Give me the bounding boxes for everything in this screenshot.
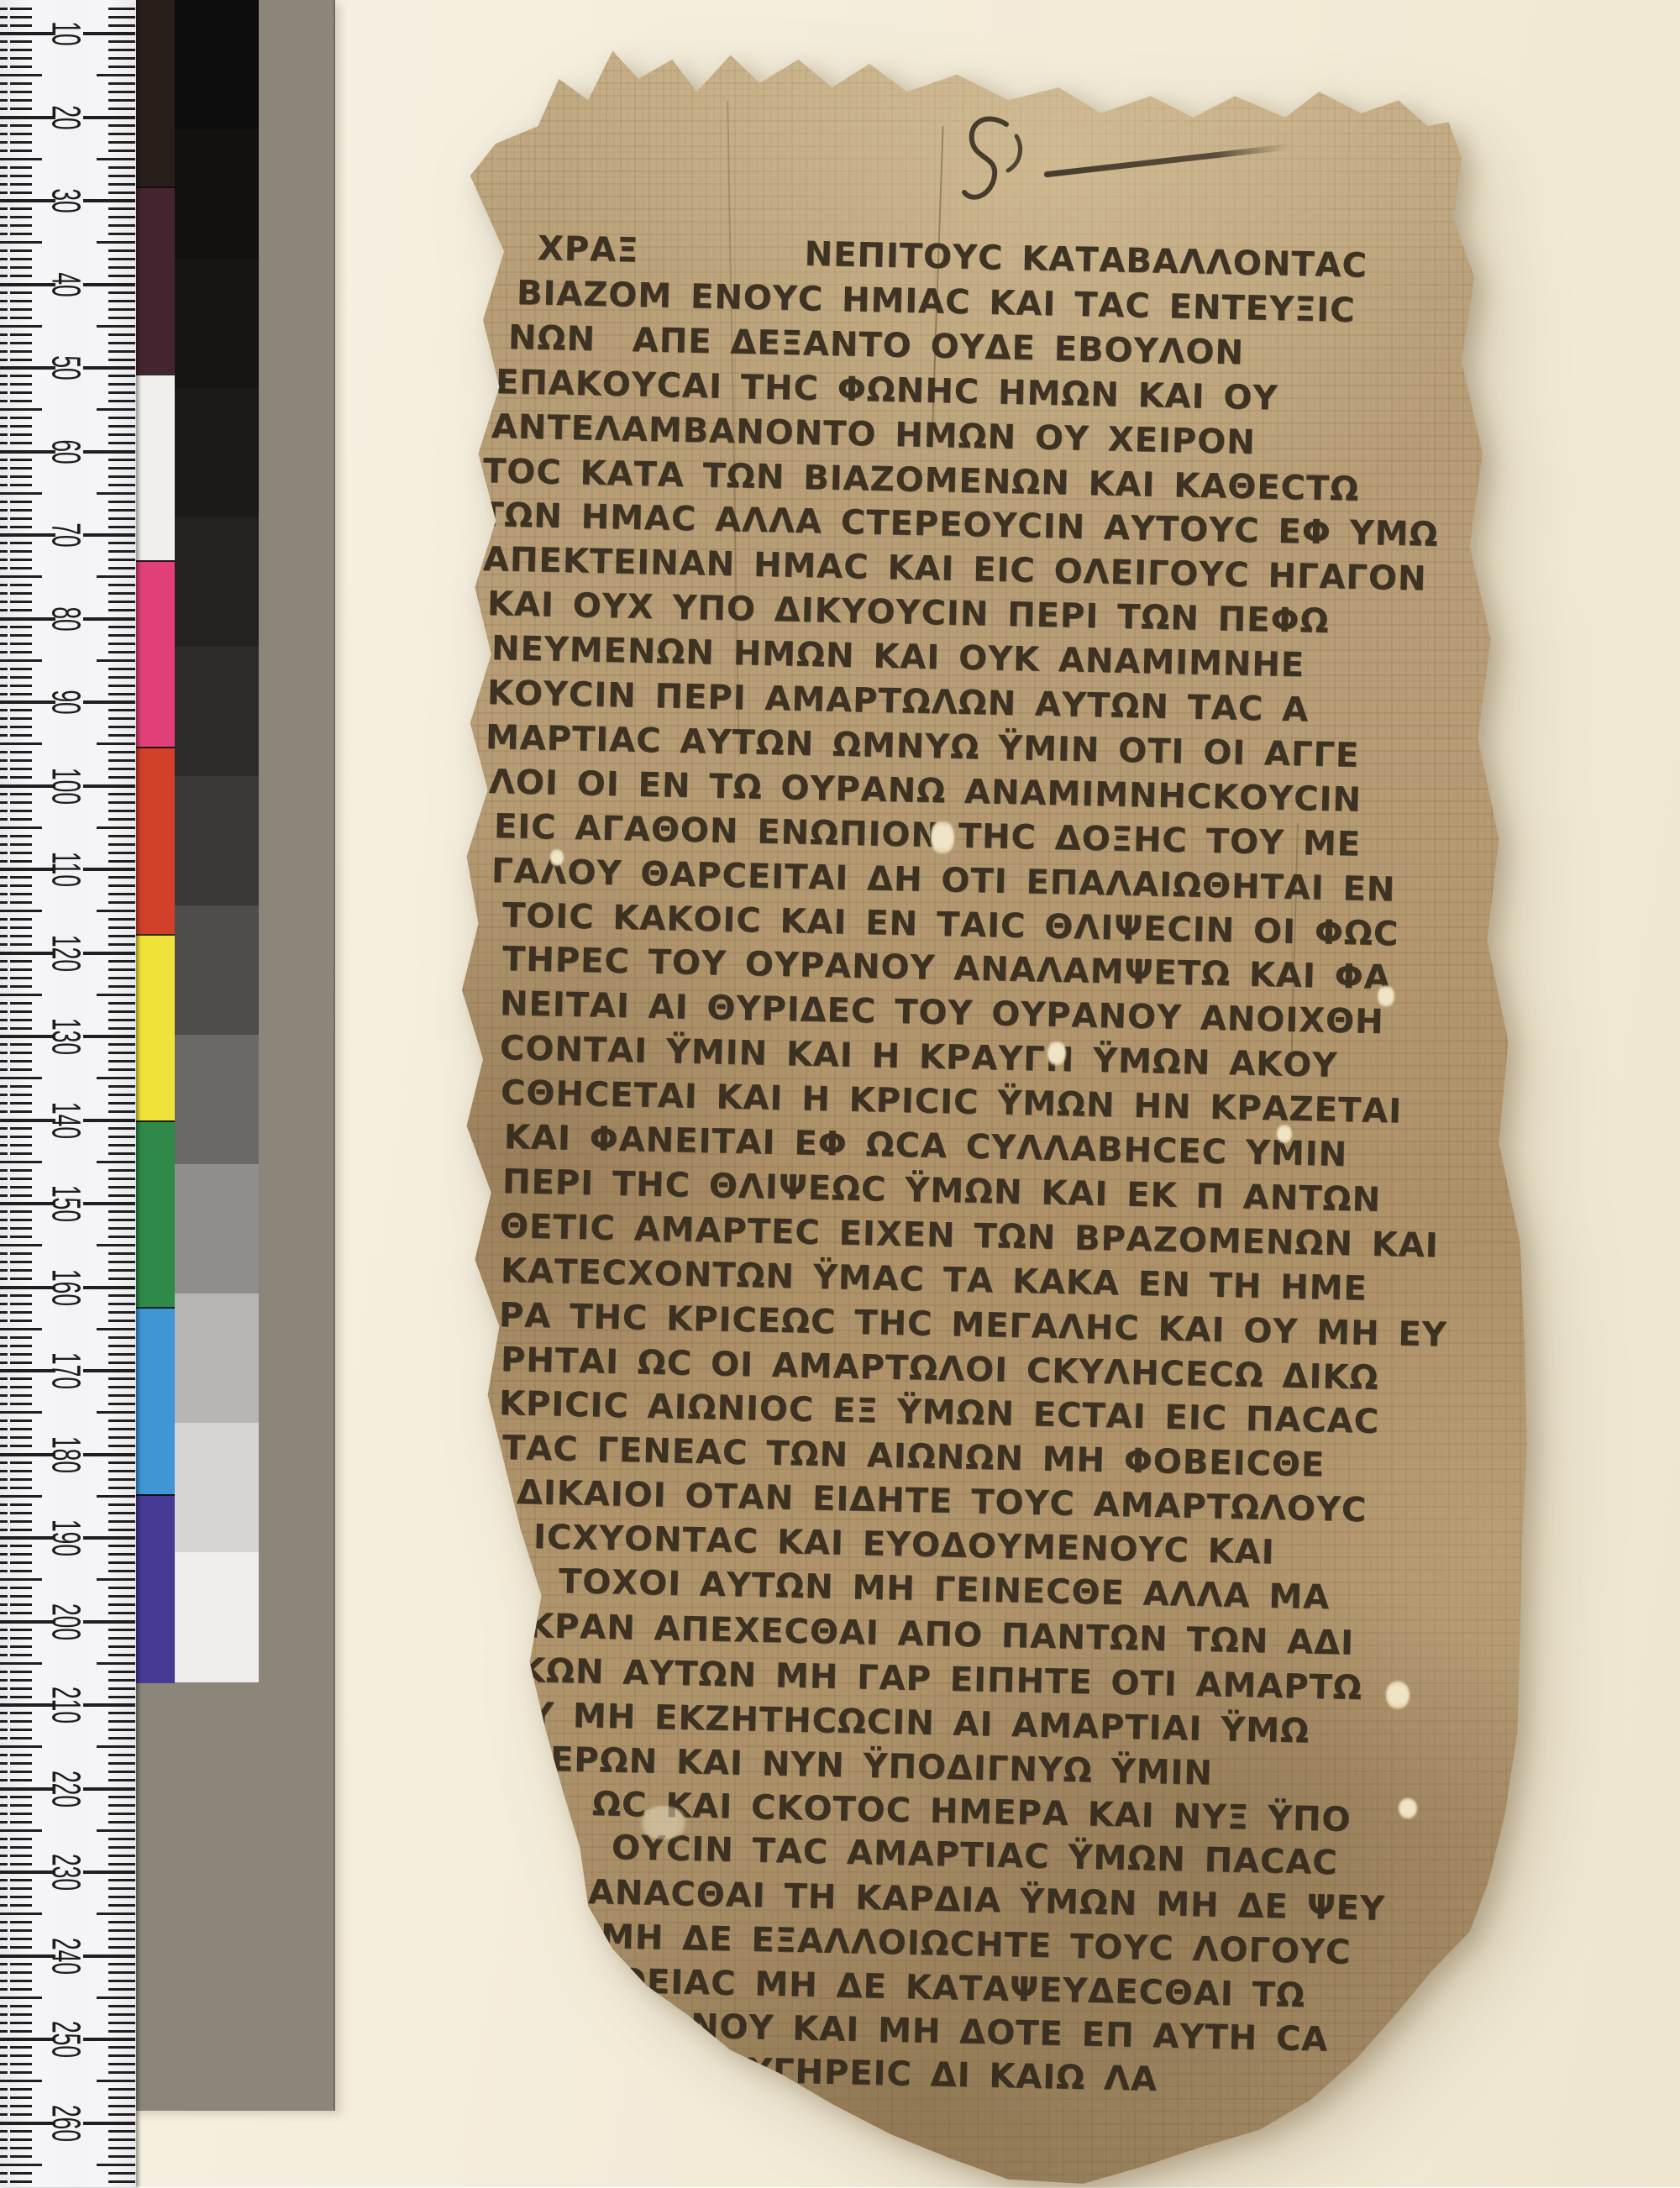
ruler-tick bbox=[108, 333, 135, 336]
ruler-tick bbox=[0, 2054, 8, 2057]
ruler-tick bbox=[10, 342, 32, 344]
ruler-tick bbox=[108, 1311, 135, 1314]
ruler-tick bbox=[10, 592, 32, 595]
gray-step bbox=[175, 1035, 259, 1165]
ruler-tick bbox=[108, 709, 135, 711]
ruler-tick bbox=[108, 1696, 135, 1698]
ruler-tick bbox=[108, 943, 135, 946]
ruler-tick bbox=[108, 526, 135, 528]
ruler-tick bbox=[10, 1654, 32, 1656]
page-number-mark: ϙϛ bbox=[941, 111, 1042, 223]
ruler-tick bbox=[0, 2130, 8, 2133]
ruler-tick bbox=[10, 1252, 32, 1255]
ruler-tick bbox=[0, 1687, 8, 1690]
ruler-tick bbox=[0, 1110, 8, 1113]
ruler-tick bbox=[108, 1712, 135, 1714]
ruler-tick bbox=[10, 1762, 32, 1765]
ruler-tick bbox=[0, 1654, 8, 1656]
ruler-tick bbox=[108, 893, 135, 895]
ruler-tick bbox=[10, 317, 32, 319]
ruler-tick bbox=[10, 492, 42, 495]
manuscript-line: ΚΑΤΕϹΧΟΝΤΩΝ ΫΜΑϹ ΤΑ ΚΑΚΑ ΕΝ ΤΗ ΗΜΕ bbox=[501, 1254, 1368, 1306]
ruler-tick bbox=[108, 810, 135, 812]
ruler-tick bbox=[108, 2030, 135, 2033]
ruler-tick bbox=[97, 826, 135, 829]
ruler-tick bbox=[10, 826, 42, 829]
ruler-tick bbox=[0, 843, 8, 846]
ruler-tick bbox=[0, 1377, 8, 1380]
ruler-tick bbox=[10, 1386, 32, 1388]
ruler-tick bbox=[83, 1369, 135, 1372]
ruler-tick bbox=[108, 8, 135, 10]
ruler-tick bbox=[108, 2172, 135, 2175]
ruler-tick bbox=[10, 810, 32, 812]
ruler-tick bbox=[0, 1838, 8, 1840]
ruler-tick bbox=[108, 1419, 135, 1422]
ruler-tick bbox=[108, 1386, 135, 1388]
ruler-tick bbox=[0, 150, 8, 152]
ruler-tick bbox=[10, 1696, 32, 1698]
ruler-tick bbox=[108, 1278, 135, 1280]
ruler-tick bbox=[10, 1879, 32, 1881]
ruler-tick bbox=[0, 893, 8, 895]
ruler-tick bbox=[97, 1662, 135, 1665]
ruler-tick bbox=[10, 910, 42, 912]
ruler-tick bbox=[10, 241, 42, 244]
ruler-tick bbox=[83, 283, 135, 286]
ruler-tick bbox=[108, 1645, 135, 1648]
ruler-tick bbox=[0, 2046, 8, 2049]
ruler-tick bbox=[0, 884, 8, 887]
manuscript-line: ΚΑΙ ΟΥΧ ΥΠΟ ΔΙΚΥΟΥϹΙΝ ΠΕΡΙ ΤΩΝ ΠΕΦΩ bbox=[487, 587, 1330, 638]
ruler-tick bbox=[10, 1127, 32, 1130]
ruler-tick bbox=[0, 1219, 8, 1221]
ruler-tick bbox=[108, 417, 135, 419]
ruler-tick bbox=[10, 442, 32, 444]
ruler-tick bbox=[0, 375, 8, 377]
ruler-tick bbox=[10, 918, 32, 921]
ruler-tick bbox=[10, 1980, 32, 1982]
ruler-tick bbox=[10, 224, 32, 227]
ruler-tick bbox=[10, 559, 32, 561]
ruler-tick bbox=[108, 1320, 135, 1322]
ruler-tick bbox=[108, 2088, 135, 2091]
ruler-tick bbox=[0, 350, 8, 353]
ruler-tick bbox=[0, 985, 8, 988]
ruler-tick bbox=[0, 492, 10, 495]
ruler-tick bbox=[10, 1345, 32, 1347]
ruler-tick bbox=[108, 350, 135, 353]
ruler-tick bbox=[83, 1955, 135, 1958]
ruler-tick bbox=[10, 99, 32, 102]
manuscript-line: ΧΡΑΞ ΝΕΠΙΤΟΥϹ ΚΑΤΑΒΑΛΛΟΝΤΑϹ bbox=[538, 232, 1368, 283]
ruler-tick bbox=[97, 74, 135, 76]
ruler-tick bbox=[108, 1269, 135, 1272]
ruler-tick bbox=[0, 1737, 8, 1739]
ruler-tick bbox=[0, 1578, 10, 1581]
ruler-tick bbox=[108, 643, 135, 645]
ruler-tick bbox=[108, 550, 135, 553]
ruler-tick bbox=[108, 1946, 135, 1949]
ruler-tick bbox=[108, 918, 135, 921]
manuscript-line: ΑΥΓΗΡΕΙϹ ΔΙ ΚΑΙΩ ΛΑ bbox=[721, 2054, 1158, 2096]
ruler-tick bbox=[97, 1996, 135, 1999]
ruler-tick bbox=[108, 1545, 135, 1547]
manuscript-line: ΤΟΧΟΙ ΑΥΤΩΝ ΜΗ ΓΕΙΝΕϹΘΕ ΑΛΛΑ ΜΑ bbox=[559, 1565, 1331, 1614]
ruler-tick bbox=[0, 776, 8, 779]
ruler-tick bbox=[108, 1762, 135, 1765]
ruler-tick bbox=[0, 2063, 8, 2065]
ruler-tick bbox=[0, 133, 8, 135]
ruler-tick bbox=[0, 1629, 8, 1631]
ruler-tick bbox=[0, 258, 8, 260]
ruler-tick bbox=[0, 342, 8, 344]
ruler-tick bbox=[0, 609, 8, 611]
ruler-tick bbox=[10, 501, 32, 503]
ruler-tick bbox=[0, 1896, 8, 1898]
ruler-tick bbox=[0, 1102, 8, 1104]
ruler-tick bbox=[0, 509, 8, 512]
ruler-tick bbox=[10, 2130, 32, 2133]
ruler-tick bbox=[10, 1336, 32, 1339]
ruler-tick bbox=[10, 1428, 32, 1430]
ruler-tick bbox=[108, 1052, 135, 1054]
ruler-tick bbox=[0, 1612, 8, 1614]
ruler-tick bbox=[108, 801, 135, 804]
manuscript-line: ΙϹΧΥΟΝΤΑϹ ΚΑΙ ΕΥΟΔΟΥΜΕΝΟΥϹ ΚΑΙ bbox=[533, 1520, 1275, 1569]
ruler-tick bbox=[108, 860, 135, 863]
ruler-tick bbox=[10, 1068, 32, 1071]
ruler-tick bbox=[108, 2013, 135, 2016]
color-patch-magenta bbox=[135, 560, 175, 749]
ruler-tick bbox=[0, 1921, 8, 1923]
ruler-tick bbox=[0, 207, 8, 210]
ruler-tick bbox=[0, 1419, 8, 1422]
ruler-tick bbox=[10, 742, 42, 745]
ruler-tick bbox=[0, 1829, 10, 1832]
ruler-tick bbox=[0, 1068, 8, 1071]
ruler-tick bbox=[10, 1829, 42, 1832]
ruler-tick bbox=[10, 1210, 32, 1213]
ruler-tick bbox=[0, 1863, 8, 1865]
ruler-tick bbox=[108, 1771, 135, 1773]
ruler-tick bbox=[83, 784, 135, 788]
ruler-tick bbox=[108, 317, 135, 319]
ruler-tick bbox=[10, 1487, 32, 1489]
gray-step bbox=[175, 647, 259, 777]
ruler-tick bbox=[108, 1294, 135, 1297]
ruler-tick bbox=[0, 2013, 8, 2016]
ruler-tick bbox=[10, 400, 32, 402]
ruler-tick bbox=[10, 626, 32, 628]
ruler-tick bbox=[0, 918, 8, 921]
ruler-tick bbox=[0, 567, 8, 569]
ruler-tick bbox=[10, 1846, 32, 1849]
ruler-tick bbox=[108, 1879, 135, 1881]
ruler-tick bbox=[108, 768, 135, 770]
color-patch-white bbox=[135, 374, 175, 563]
ruler-tick bbox=[10, 391, 32, 394]
ruler-tick bbox=[108, 1461, 135, 1464]
ruler-tick bbox=[0, 2022, 8, 2024]
ruler-tick bbox=[0, 2096, 8, 2099]
ruler-tick bbox=[10, 1495, 42, 1498]
ruler-tick bbox=[0, 1729, 8, 1731]
ruler-tick bbox=[10, 1929, 32, 1932]
manuscript-line: ΕΡΩΝ ΚΑΙ ΝΥΝ ΫΠΟΔΙΓΝΥΩ ΫΜΙΝ bbox=[550, 1743, 1214, 1791]
ruler-tick bbox=[0, 1060, 8, 1063]
ruler-tick bbox=[0, 1855, 8, 1857]
manuscript-line: ΜΗ ΔΕ ΕΞΑΛΛΟΙΩϹΗΤΕ ΤΟΥϹ ΛΟΓΟΥϹ bbox=[601, 1920, 1352, 1970]
ruler-tick bbox=[108, 1186, 135, 1188]
ruler-tick bbox=[10, 1178, 32, 1180]
ruler-tick bbox=[10, 192, 32, 194]
ruler-tick bbox=[97, 910, 135, 912]
ruler-tick bbox=[0, 400, 8, 402]
ruler-tick bbox=[10, 651, 32, 653]
ruler-tick bbox=[0, 1938, 8, 1940]
ruler-tick bbox=[108, 1846, 135, 1849]
ruler-tick bbox=[10, 183, 32, 186]
gray-step bbox=[175, 1552, 259, 1682]
ruler-tick bbox=[108, 1060, 135, 1063]
ruler-tick bbox=[108, 1110, 135, 1113]
ruler-tick bbox=[0, 1946, 8, 1949]
ruler-tick bbox=[10, 609, 32, 611]
ruler-tick bbox=[108, 1377, 135, 1380]
ruler-tick bbox=[10, 1194, 32, 1197]
ruler-tick bbox=[10, 1169, 32, 1172]
ruler-tick bbox=[108, 876, 135, 879]
ruler-tick bbox=[0, 2155, 8, 2158]
ruler-tick bbox=[10, 1503, 32, 1506]
ruler-tick bbox=[97, 659, 135, 662]
ruler-tick bbox=[10, 467, 32, 470]
ruler-tick bbox=[108, 475, 135, 478]
ruler-tick bbox=[108, 2113, 135, 2116]
ruler-tick bbox=[0, 1587, 8, 1589]
ruler-tick bbox=[0, 74, 10, 76]
ruler-tick bbox=[0, 1328, 10, 1330]
ruler-tick bbox=[0, 433, 8, 436]
ruler-tick bbox=[83, 1119, 135, 1122]
ruler-tick bbox=[10, 124, 32, 127]
ruler-tick bbox=[108, 776, 135, 779]
ruler-tick bbox=[10, 74, 42, 76]
ruler-tick bbox=[10, 1804, 32, 1807]
ruler-tick bbox=[108, 1587, 135, 1589]
ruler-tick bbox=[10, 1219, 32, 1221]
ruler-tick bbox=[0, 1152, 8, 1155]
ruler-tick bbox=[0, 40, 8, 43]
ruler-tick bbox=[108, 2130, 135, 2133]
ruler-tick bbox=[0, 1027, 8, 1030]
ruler-tick bbox=[10, 1010, 32, 1013]
ruler-tick bbox=[108, 1570, 135, 1572]
ruler-tick bbox=[10, 1687, 32, 1690]
ruler-tick bbox=[108, 1855, 135, 1857]
ruler-tick bbox=[0, 300, 8, 302]
ruler-tick bbox=[0, 1754, 8, 1756]
ruler-tick bbox=[10, 1887, 32, 1890]
ruler-tick bbox=[10, 2030, 32, 2033]
grayscale-step-wedge bbox=[175, 0, 259, 1682]
ruler-tick bbox=[0, 626, 8, 628]
ruler-tick bbox=[108, 584, 135, 586]
ruler-tick bbox=[108, 1261, 135, 1263]
ruler-tick bbox=[108, 1210, 135, 1213]
ruler-tick bbox=[10, 2005, 32, 2007]
ruler-tick bbox=[10, 1904, 32, 1907]
ruler-tick bbox=[108, 1921, 135, 1923]
ruler-tick bbox=[0, 1161, 10, 1163]
ruler-tick bbox=[108, 1929, 135, 1932]
ruler-tick bbox=[108, 1127, 135, 1130]
ruler-tick bbox=[10, 601, 32, 603]
ruler-tick bbox=[10, 1077, 42, 1079]
ruler-tick bbox=[0, 1461, 8, 1464]
ruler-tick bbox=[0, 751, 8, 753]
ruler-tick bbox=[0, 2005, 8, 2007]
ruler-tick bbox=[0, 1311, 8, 1314]
ruler-tick bbox=[0, 99, 8, 102]
ruler-tick bbox=[0, 1303, 8, 1305]
ruler-tick bbox=[108, 459, 135, 461]
ruler-tick bbox=[97, 492, 135, 495]
ruler-tick bbox=[0, 1345, 8, 1347]
ruler-tick bbox=[10, 1520, 32, 1523]
ruler-tick bbox=[10, 1671, 32, 1673]
ruler-tick bbox=[108, 1336, 135, 1339]
ruler-tick bbox=[10, 1419, 32, 1422]
ruler-tick bbox=[108, 1085, 135, 1088]
ruler-tick bbox=[10, 175, 32, 177]
ruler-tick bbox=[10, 2138, 32, 2141]
ruler-tick bbox=[97, 241, 135, 244]
ruler-tick bbox=[108, 1838, 135, 1840]
ruler-tick bbox=[0, 2147, 8, 2149]
ruler-tick bbox=[10, 1320, 32, 1322]
ruler-tick bbox=[108, 207, 135, 210]
ruler-tick bbox=[0, 442, 8, 444]
ruler-tick bbox=[10, 1269, 32, 1272]
ruler-tick bbox=[10, 1595, 32, 1598]
ruler-tick bbox=[108, 433, 135, 436]
ruler-tick bbox=[83, 1202, 135, 1205]
ruler-tick bbox=[10, 417, 32, 419]
ruler-tick bbox=[0, 1796, 8, 1798]
ruler-tick bbox=[10, 1645, 32, 1648]
ruler-tick bbox=[108, 1729, 135, 1731]
ruler-tick bbox=[10, 1261, 32, 1263]
ruler-tick bbox=[108, 1754, 135, 1756]
ruler-tick bbox=[83, 533, 135, 537]
ruler-tick bbox=[10, 860, 32, 863]
gray-step bbox=[175, 0, 259, 130]
ruler-tick bbox=[108, 192, 135, 194]
ruler-tick bbox=[108, 1002, 135, 1005]
ruler-tick bbox=[97, 2164, 135, 2166]
ruler-tick bbox=[0, 1929, 8, 1932]
ruler-tick bbox=[83, 116, 135, 119]
ruler-tick bbox=[10, 383, 32, 386]
ruler-tick bbox=[10, 1796, 32, 1798]
ruler-tick bbox=[108, 1720, 135, 1723]
gray-step bbox=[175, 776, 259, 906]
ruler-tick bbox=[108, 601, 135, 603]
ruler-tick bbox=[108, 2105, 135, 2107]
ruler-tick bbox=[108, 1043, 135, 1046]
ruler-tick bbox=[10, 2096, 32, 2099]
color-patch-red bbox=[135, 747, 175, 936]
ruler-tick bbox=[10, 1896, 32, 1898]
ruler-tick bbox=[0, 216, 8, 218]
ruler-tick bbox=[0, 1353, 8, 1356]
ruler-tick bbox=[108, 843, 135, 846]
ruler-tick bbox=[10, 258, 32, 260]
ruler-tick bbox=[0, 1545, 8, 1547]
ruler-tick bbox=[0, 1570, 8, 1572]
ruler-tick bbox=[10, 207, 32, 210]
ruler-tick bbox=[0, 308, 8, 311]
manuscript-line: ΑΝΟΥ ΚΑΙ ΜΗ ΔΟΤΕ ΕΠ ΑΥΤΗ ϹΑ bbox=[664, 2009, 1329, 2057]
ruler-tick bbox=[0, 1094, 8, 1096]
ruler-tick bbox=[0, 1478, 8, 1481]
ruler-tick bbox=[10, 333, 32, 336]
ruler-tick bbox=[0, 1428, 8, 1430]
ruler-tick bbox=[10, 634, 32, 637]
color-patch-green bbox=[135, 1120, 175, 1309]
ruler-tick bbox=[10, 1152, 32, 1155]
ruler-tick bbox=[10, 818, 32, 821]
ruler-tick bbox=[10, 1561, 32, 1564]
ruler-tick bbox=[0, 1679, 8, 1682]
ruler-tick bbox=[108, 935, 135, 937]
ruler-tick bbox=[0, 158, 10, 160]
ruler-tick bbox=[10, 1377, 32, 1380]
ruler-tick bbox=[10, 1353, 32, 1356]
ruler-tick bbox=[10, 1913, 42, 1915]
ruler-tick bbox=[97, 1495, 135, 1498]
ruler-tick bbox=[108, 2046, 135, 2049]
ruler-tick bbox=[0, 826, 10, 829]
ruler-tick bbox=[0, 501, 8, 503]
ruler-tick bbox=[10, 1470, 32, 1472]
ruler-tick bbox=[10, 685, 32, 687]
ruler-tick bbox=[10, 1278, 32, 1280]
ruler-tick bbox=[108, 852, 135, 854]
ruler-tick bbox=[0, 1320, 8, 1322]
ruler-tick bbox=[0, 1913, 10, 1915]
ruler-tick bbox=[0, 1963, 8, 1965]
ruler-tick bbox=[108, 1963, 135, 1965]
ruler-tick bbox=[10, 1161, 42, 1163]
ruler-tick bbox=[0, 2080, 10, 2082]
ruler-tick bbox=[83, 1286, 135, 1289]
ruler-tick bbox=[108, 49, 135, 51]
ruler-tick bbox=[0, 935, 8, 937]
ruler-tick bbox=[10, 509, 32, 512]
ruler-tick bbox=[0, 1846, 8, 1849]
ruler-tick bbox=[0, 876, 8, 879]
ruler-tick bbox=[0, 475, 8, 478]
ruler-tick bbox=[10, 852, 32, 854]
ruler-tick bbox=[10, 2155, 32, 2158]
ruler-tick bbox=[108, 183, 135, 186]
ruler-tick bbox=[108, 342, 135, 344]
ruler-tick bbox=[0, 1362, 8, 1364]
ruler-tick bbox=[108, 1236, 135, 1238]
